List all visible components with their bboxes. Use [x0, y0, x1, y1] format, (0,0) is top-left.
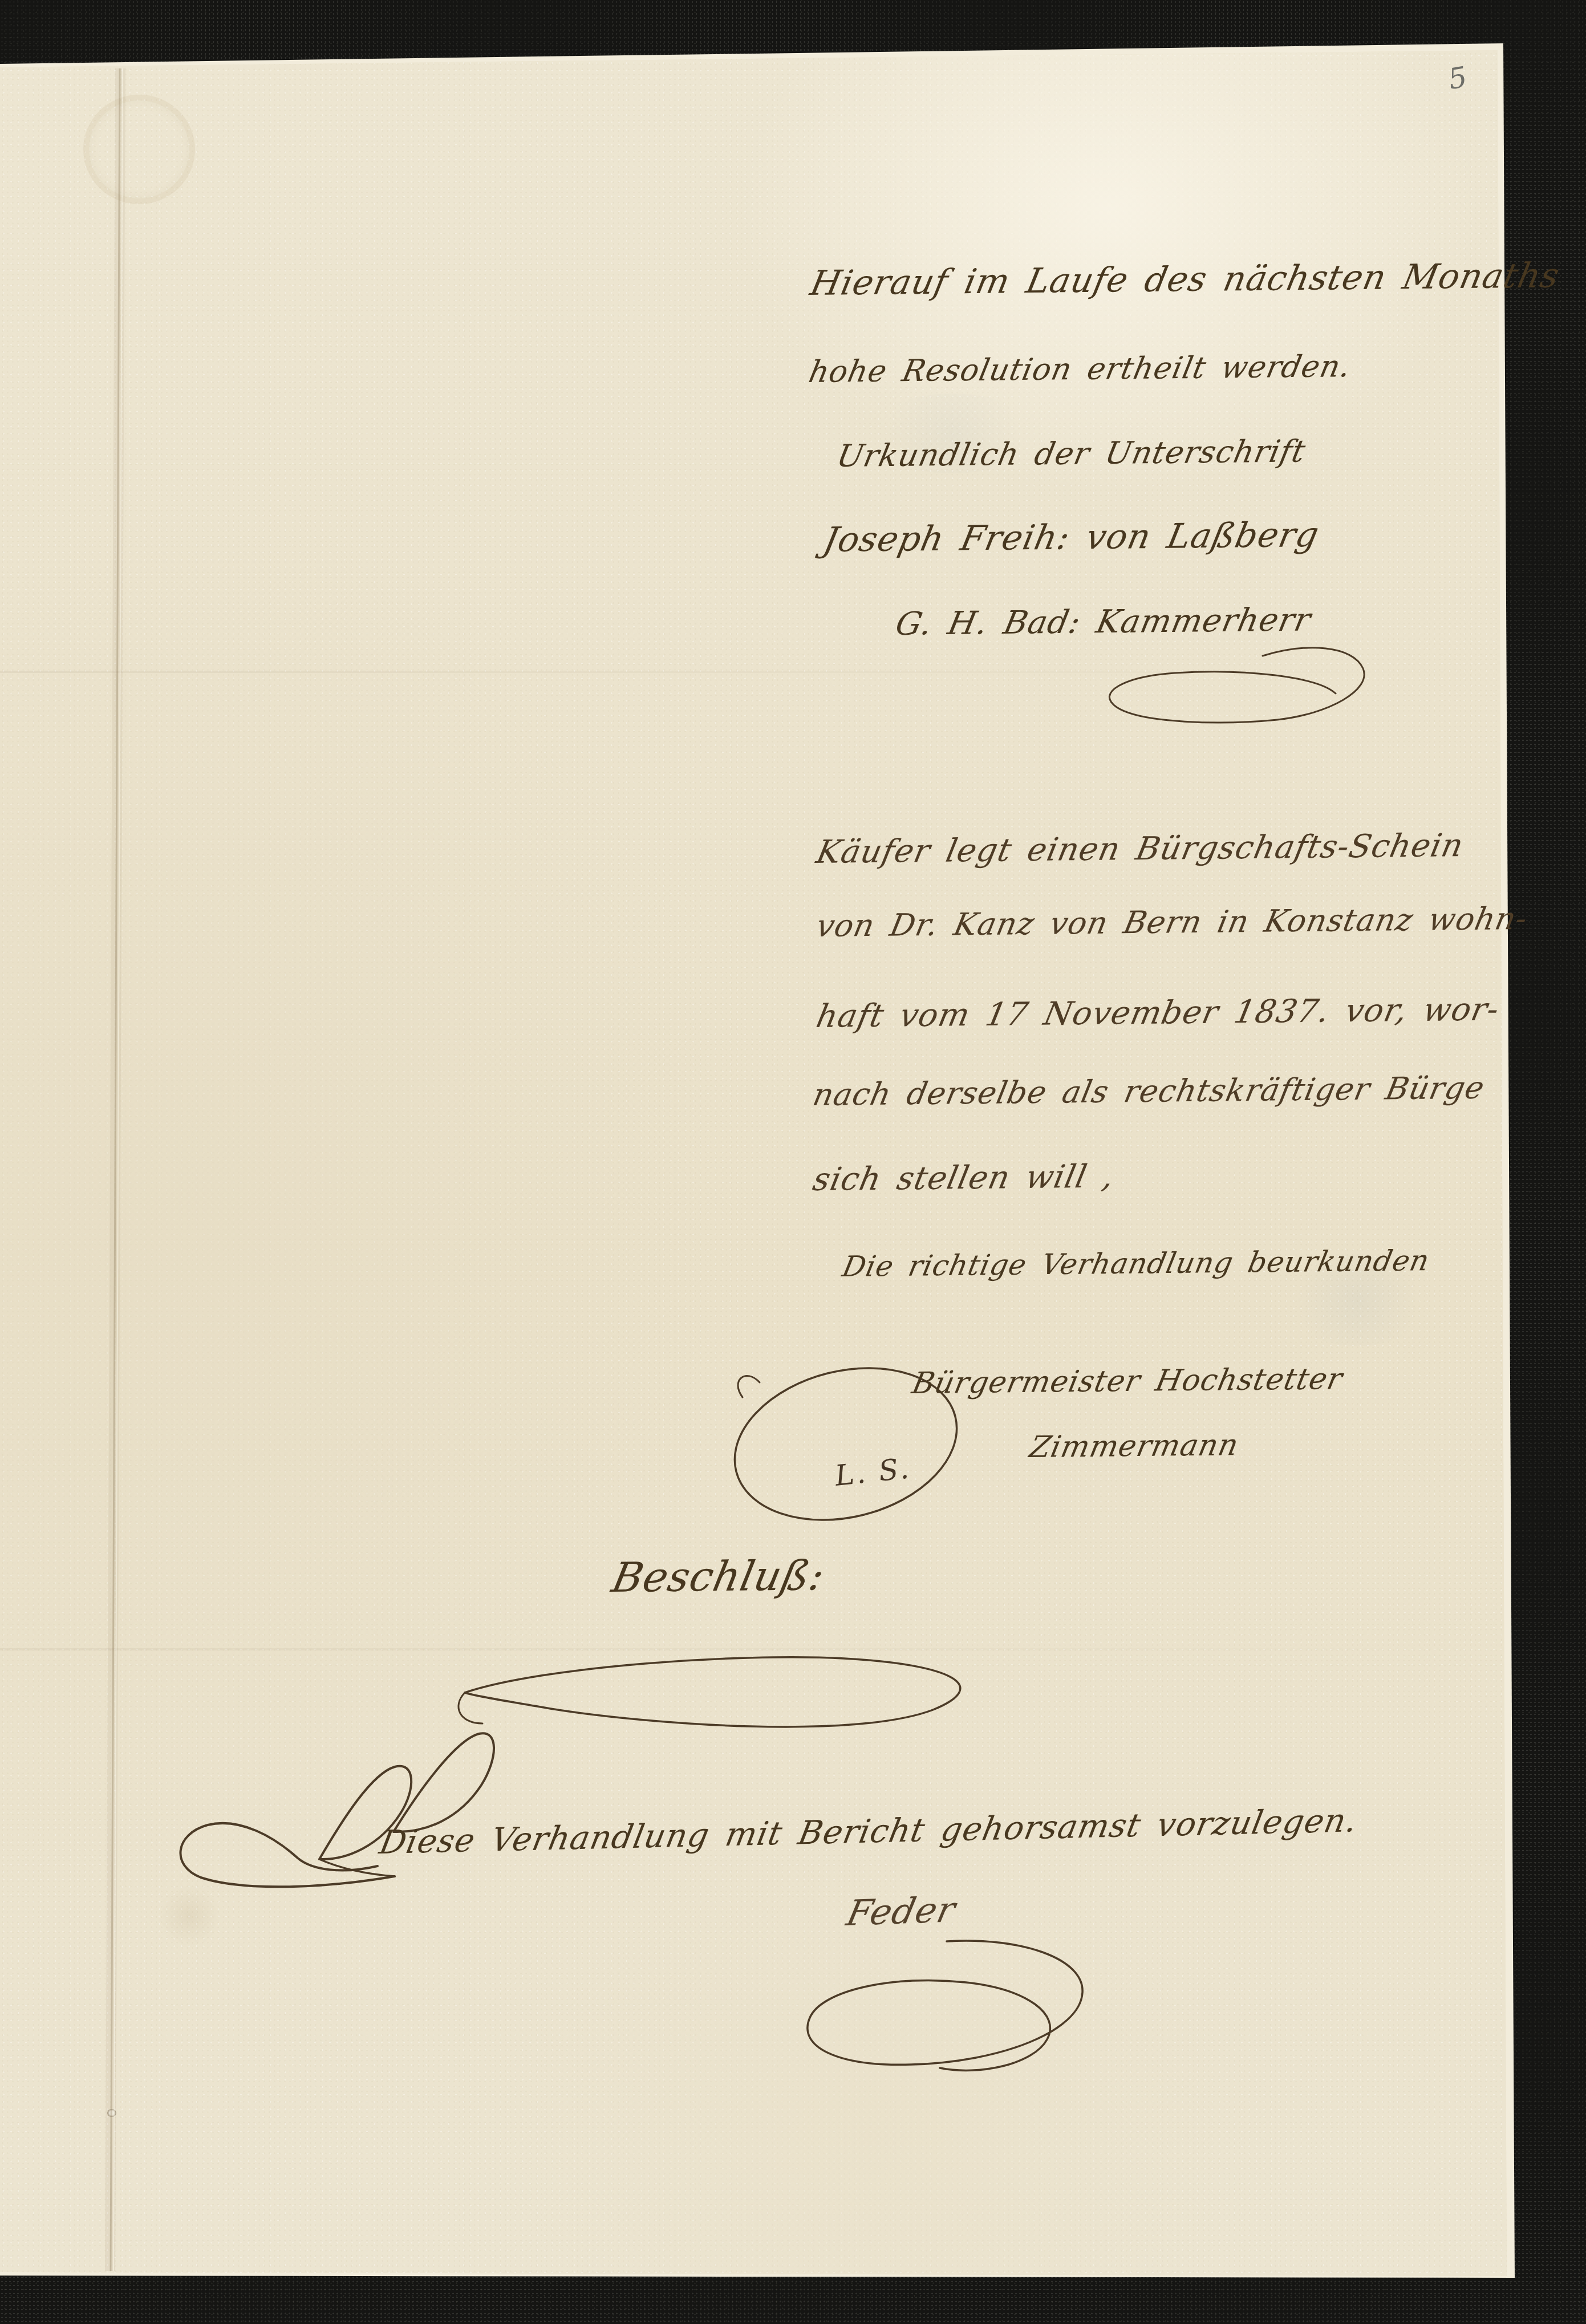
- signature: Feder: [843, 1889, 960, 1934]
- manuscript-line: hohe Resolution ertheilt werden.: [806, 349, 1354, 390]
- manuscript-line: sich stellen will ,: [810, 1158, 1118, 1198]
- manuscript-line: G. H. Bad: Kammerherr: [893, 601, 1315, 643]
- manuscript-line: Die richtige Verhandlung beurkunden: [839, 1244, 1433, 1283]
- manuscript-line: Urkundlich der Unterschrift: [834, 433, 1309, 474]
- manuscript-line: Käufer legt einen Bürgschafts-Schein: [813, 827, 1467, 871]
- photo-background: 5 Hierauf im Laufe des nächsten Monaths …: [0, 0, 1586, 2324]
- manuscript-line: Bürgermeister Hochstetter: [909, 1362, 1346, 1401]
- manuscript-line: Zimmermann: [1027, 1428, 1242, 1465]
- manuscript-line: Hierauf im Laufe des nächsten Monaths: [807, 255, 1563, 303]
- manuscript-line: haft vom 17 November 1837. vor, wor-: [813, 991, 1503, 1035]
- horizontal-fold-shadow: [0, 1648, 1500, 1650]
- manuscript-line: nach derselbe als rechtskräftiger Bürge: [810, 1070, 1488, 1113]
- manuscript-line: Joseph Freih: von Laßberg: [820, 515, 1323, 560]
- horizontal-fold-shadow: [0, 671, 1500, 673]
- paper-stain: [157, 1885, 221, 1946]
- binding-stitch-hole: [107, 2109, 116, 2117]
- blind-stamp-ring: [83, 95, 195, 204]
- decree-heading: Beschluß:: [608, 1551, 829, 1601]
- manuscript-line: von Dr. Kanz von Bern in Konstanz wohn-: [813, 901, 1531, 944]
